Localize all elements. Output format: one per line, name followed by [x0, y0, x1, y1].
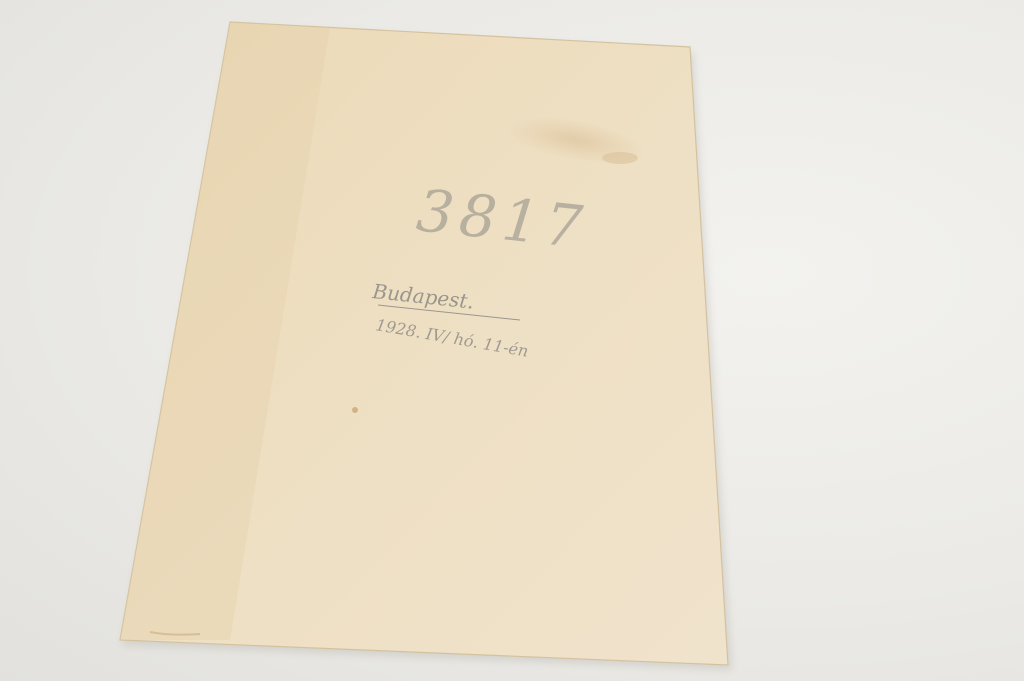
photo-scene: 3817 Budapest. 1928. IV/ hó. 11-én [0, 0, 1024, 681]
spot-mark [352, 407, 358, 413]
paper-sheet [120, 22, 728, 665]
